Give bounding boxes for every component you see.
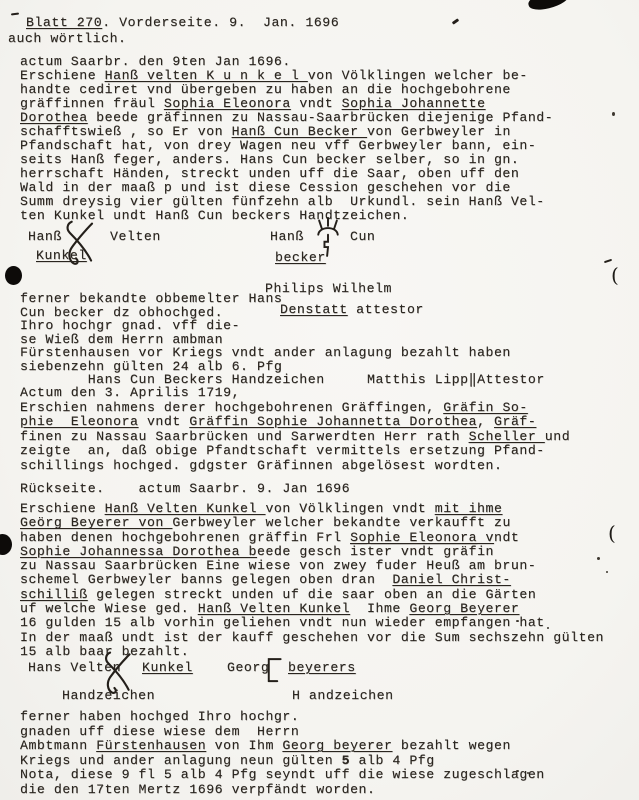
handmark-label: H andzeichen (292, 688, 394, 703)
text-line: Dorothea beede gräfinnen zu Nassau-Saarb… (20, 111, 553, 125)
text-line: schillings hochged. gdgster Gräfinnen ab… (20, 459, 570, 474)
text-line: schemel Gerbweyler banns gelegen oben dr… (20, 573, 604, 587)
blatt-number: Blatt 270 (26, 15, 102, 30)
text-line: zu Nassau Saarbrücken Eine wiese von zwe… (20, 559, 604, 573)
beyerer-handmark-bracket-icon (262, 654, 284, 688)
entry-back-1696: Erschiene Hanß Velten Kunkel von Völklin… (20, 502, 604, 659)
text-line: Summ dreysig vier gülten fünfzehn alb Ur… (20, 195, 553, 209)
text-line: Geörg Beyerer von Gerbweyler welcher bek… (20, 516, 604, 530)
entry-ferner-beyerer: ferner haben hochged Ihro hochgr.gnaden … (20, 710, 545, 798)
text-segment: eede gesch (257, 544, 350, 559)
text-segment: Ihme (350, 601, 409, 616)
text-segment: Summ dreysig vier gülten fünfzehn alb Ur… (20, 194, 545, 209)
ink-speck (516, 770, 519, 772)
text-segment: von Völklingen welcher be- (308, 68, 528, 83)
pen-dash-mark (452, 18, 459, 24)
text-line: seits Hanß feger, anders. Hans Cun becke… (20, 153, 553, 167)
text-line: Wald in der maaß p und ist diese Cession… (20, 181, 553, 195)
text-segment: Rückseite. actum Saarbr. 9. Jan 1696 (20, 481, 350, 496)
text-line: Ihro hochgr gnad. vff die- (20, 319, 545, 333)
text-segment: actum Saarbr. den 9ten Jan 1696. (20, 54, 291, 69)
text-segment: 5 (342, 753, 350, 768)
text-segment: Ambtmann (20, 738, 96, 753)
pen-dash-mark (11, 12, 19, 15)
text-segment: Gräf- (494, 414, 536, 429)
text-line: gnaden uff diese wiese dem Herrn (20, 725, 545, 740)
text-segment: vndt (139, 414, 190, 429)
text-segment: Geörg Beyerer von (20, 515, 172, 530)
text-line: Nota, diese 9 fl 5 alb 4 Pfg seyndt uff … (20, 768, 545, 783)
scanned-document-page: Blatt 270. Vorderseite. 9. Jan. 1696 auc… (0, 0, 639, 800)
ink-speck (612, 112, 615, 116)
signer-middle-name: Velten (110, 229, 161, 244)
text-segment: Daniel Christ- (392, 572, 511, 587)
text-line: siebenzehn gülten 24 alb 6. Pfg (20, 360, 545, 374)
text-line: gräffinnen fräul Sophia Eleonora vndt So… (20, 97, 553, 111)
text-line: Ambtmann Fürstenhausen von Ihm Georg bey… (20, 739, 545, 754)
text-segment: , (477, 414, 494, 429)
signer-surname: Kunkel (36, 248, 87, 263)
heading-rest: . Vorderseite. 9. Jan. 1696 (102, 15, 339, 30)
signer-surname: becker (275, 250, 326, 265)
text-segment: zeigte an, daß obige Pfandtschaft vermit… (20, 443, 545, 458)
ink-speck (597, 557, 600, 560)
text-segment: handte cediret vnd übergeben zu haben an… (20, 82, 511, 97)
text-segment: Actum den 3. Aprilis 1719, (20, 385, 240, 400)
text-segment: Hanß Velten Kunkel (105, 501, 266, 516)
text-segment: vndt (477, 530, 519, 545)
text-line: Fürstenhausen vor Kriegs vndt ander anla… (20, 346, 545, 360)
text-line: Kriegs und ander anlagung neun gülten 5 … (20, 754, 545, 769)
margin-paren-mark: ( (608, 521, 616, 545)
text-segment: von Gerbweyler in (367, 124, 511, 139)
text-segment: vndt (291, 96, 342, 111)
signer-surname: Kunkel (142, 660, 193, 675)
text-line: schafftswieß , so Er von Hanß Cun Becker… (20, 125, 553, 139)
text-segment: Dorothea (20, 110, 88, 125)
text-segment: Sophie Eleonora (350, 530, 477, 545)
text-segment: Erschiene (20, 68, 105, 83)
heading-note: auch wörtlich. (8, 31, 127, 46)
ink-blot (527, 0, 572, 13)
ink-speck (606, 571, 608, 573)
text-line: Pfandschaft hat, von drey Wagen neu vff … (20, 139, 553, 153)
text-segment: zu Nassau Saarbrücken Eine wiese von zwe… (20, 558, 536, 573)
text-segment: und (545, 429, 570, 444)
text-segment: Sophia Eleonora (164, 96, 291, 111)
text-line: Rückseite. actum Saarbr. 9. Jan 1696 (20, 481, 350, 496)
text-segment: uf welche Wiese ged. (20, 601, 198, 616)
handmark-label: Handzeichen (62, 688, 155, 703)
text-segment: Scheller (469, 429, 545, 444)
text-line: actum Saarbr. den 9ten Jan 1696. (20, 55, 553, 69)
text-line: Sophie Johannessa Dorothea beede gesch i… (20, 545, 604, 559)
attestor-name-line1: Philips Wilhelm (265, 281, 392, 296)
text-segment: Sophie Johannessa Dorothea b (20, 544, 257, 559)
text-segment: bezahlt wegen (392, 738, 511, 753)
text-segment: von Völklingen vndt (265, 501, 434, 516)
text-segment: alb 4 Pfg (350, 753, 435, 768)
text-segment: phie Eleonora (20, 414, 139, 429)
text-segment: Gräfin So- (443, 400, 528, 415)
text-line: zeigte an, daß obige Pfandtschaft vermit… (20, 444, 570, 459)
text-segment: haben denen hochgebohrenen gräffin Frl (20, 530, 350, 545)
text-segment: Hanß Velten Kunkel (198, 601, 350, 616)
text-segment: Nota, diese 9 fl 5 alb 4 Pfg seyndt uff … (20, 767, 545, 782)
text-segment: Georg Beyerer (409, 601, 519, 616)
entry-1719: Actum den 3. Aprilis 1719,Erschien nahme… (20, 386, 570, 474)
page-heading: Blatt 270. Vorderseite. 9. Jan. 1696 (26, 15, 339, 30)
attestor-surname: Denstatt (280, 302, 348, 317)
text-line: In der maaß undt ist der kauff geschehen… (20, 631, 604, 645)
text-line: schilliß gelegen streckt unden uf die sa… (20, 588, 604, 602)
text-segment: Wald in der maaß p und ist diese Cession… (20, 180, 511, 195)
margin-paren-mark: ( (611, 263, 619, 287)
text-segment: 16 gulden 15 alb vorhin geliehen vndt nu… (20, 615, 545, 630)
text-segment: gelegen streckt unden uf die saar oben a… (88, 587, 537, 602)
text-segment: schilliß (20, 587, 88, 602)
signer-surname: beyerers (288, 660, 356, 675)
text-line: Actum den 3. Aprilis 1719, (20, 386, 570, 401)
text-segment: ister vndt gräfin (350, 544, 494, 559)
text-segment: gräffinnen fräul (20, 96, 164, 111)
attestor-name-line2: Denstatt attestor (280, 302, 424, 317)
text-line: finen zu Nassau Saarbrücken und Sarwerdt… (20, 430, 570, 445)
text-segment: Erschien nahmens derer hochgebohrenen Gr… (20, 400, 443, 415)
text-segment: Fürstenhausen (96, 738, 206, 753)
text-segment: Hanß Cun Becker (232, 124, 367, 139)
text-segment: Gerbweyler welcher bekandte verkaufft zu (172, 515, 511, 530)
text-segment: Erschiene (20, 501, 105, 516)
text-segment: Hanß velten K u n k e l (105, 68, 308, 83)
text-segment: Gräffin Sophie Johannetta Dorothea (189, 414, 477, 429)
signer-middle-name: Cun (350, 229, 375, 244)
text-line: Erschiene Hanß velten K u n k e l von Vö… (20, 69, 553, 83)
text-line: ten Kunkel undt Hanß Cun beckers Handtze… (20, 209, 553, 223)
entry-front-1696: actum Saarbr. den 9ten Jan 1696.Erschien… (20, 55, 553, 223)
text-segment: Georg beyerer (282, 738, 392, 753)
attestor-title: attestor (348, 302, 424, 317)
signer-first-name: Hanß (28, 229, 62, 244)
text-line: die den 17ten Mertz 1696 verpfändt worde… (20, 783, 545, 798)
text-line: 16 gulden 15 alb vorhin geliehen vndt nu… (20, 616, 604, 630)
text-segment: Kriegs und ander anlagung neun gülten (20, 753, 342, 768)
text-line: Erschiene Hanß Velten Kunkel von Völklin… (20, 502, 604, 516)
text-segment: gnaden uff diese wiese dem Herrn (20, 724, 299, 739)
text-segment: von Ihm (206, 738, 282, 753)
ink-speck (527, 772, 529, 774)
text-line: haben denen hochgebohrenen gräffin Frl S… (20, 531, 604, 545)
text-segment: Sophia Johannette (342, 96, 486, 111)
text-segment: die den 17ten Mertz 1696 verpfändt worde… (20, 782, 375, 797)
text-segment: schemel Gerbweyler banns gelegen oben dr… (20, 572, 392, 587)
punch-hole (0, 534, 12, 555)
punch-hole (5, 266, 22, 285)
text-segment: schillings hochged. gdgster Gräfinnen ab… (20, 458, 502, 473)
text-line: herrschaft Händen, streckt unden uff die… (20, 167, 553, 181)
signer-first-name: Hanß (270, 229, 304, 244)
text-segment: seits Hanß feger, anders. Hans Cun becke… (20, 152, 519, 167)
ink-speck (547, 627, 549, 629)
text-segment: beede gräfinnen zu Nassau-Saarbrücken di… (88, 110, 554, 125)
text-line: Erschien nahmens derer hochgebohrenen Gr… (20, 401, 570, 416)
text-segment: herrschaft Händen, streckt unden uff die… (20, 166, 519, 181)
text-segment: In der maaß undt ist der kauff geschehen… (20, 630, 604, 645)
text-line: ferner haben hochged Ihro hochgr. (20, 710, 545, 725)
ink-speck (516, 620, 519, 622)
text-segment: ferner haben hochged Ihro hochgr. (20, 709, 299, 724)
text-segment: Pfandschaft hat, von drey Wagen neu vff … (20, 138, 536, 153)
text-segment: mit ihme (435, 501, 503, 516)
text-line: uf welche Wiese ged. Hanß Velten Kunkel … (20, 602, 604, 616)
text-line: handte cediret vnd übergeben zu haben an… (20, 83, 553, 97)
text-line: phie Eleonora vndt Gräffin Sophie Johann… (20, 415, 570, 430)
text-segment: finen zu Nassau Saarbrücken und Sarwerdt… (20, 429, 469, 444)
text-line: se Wieß dem Herrn ambman (20, 333, 545, 347)
text-segment: schafftswieß , so Er von (20, 124, 232, 139)
rueckseite-heading: Rückseite. actum Saarbr. 9. Jan 1696 (20, 481, 350, 496)
